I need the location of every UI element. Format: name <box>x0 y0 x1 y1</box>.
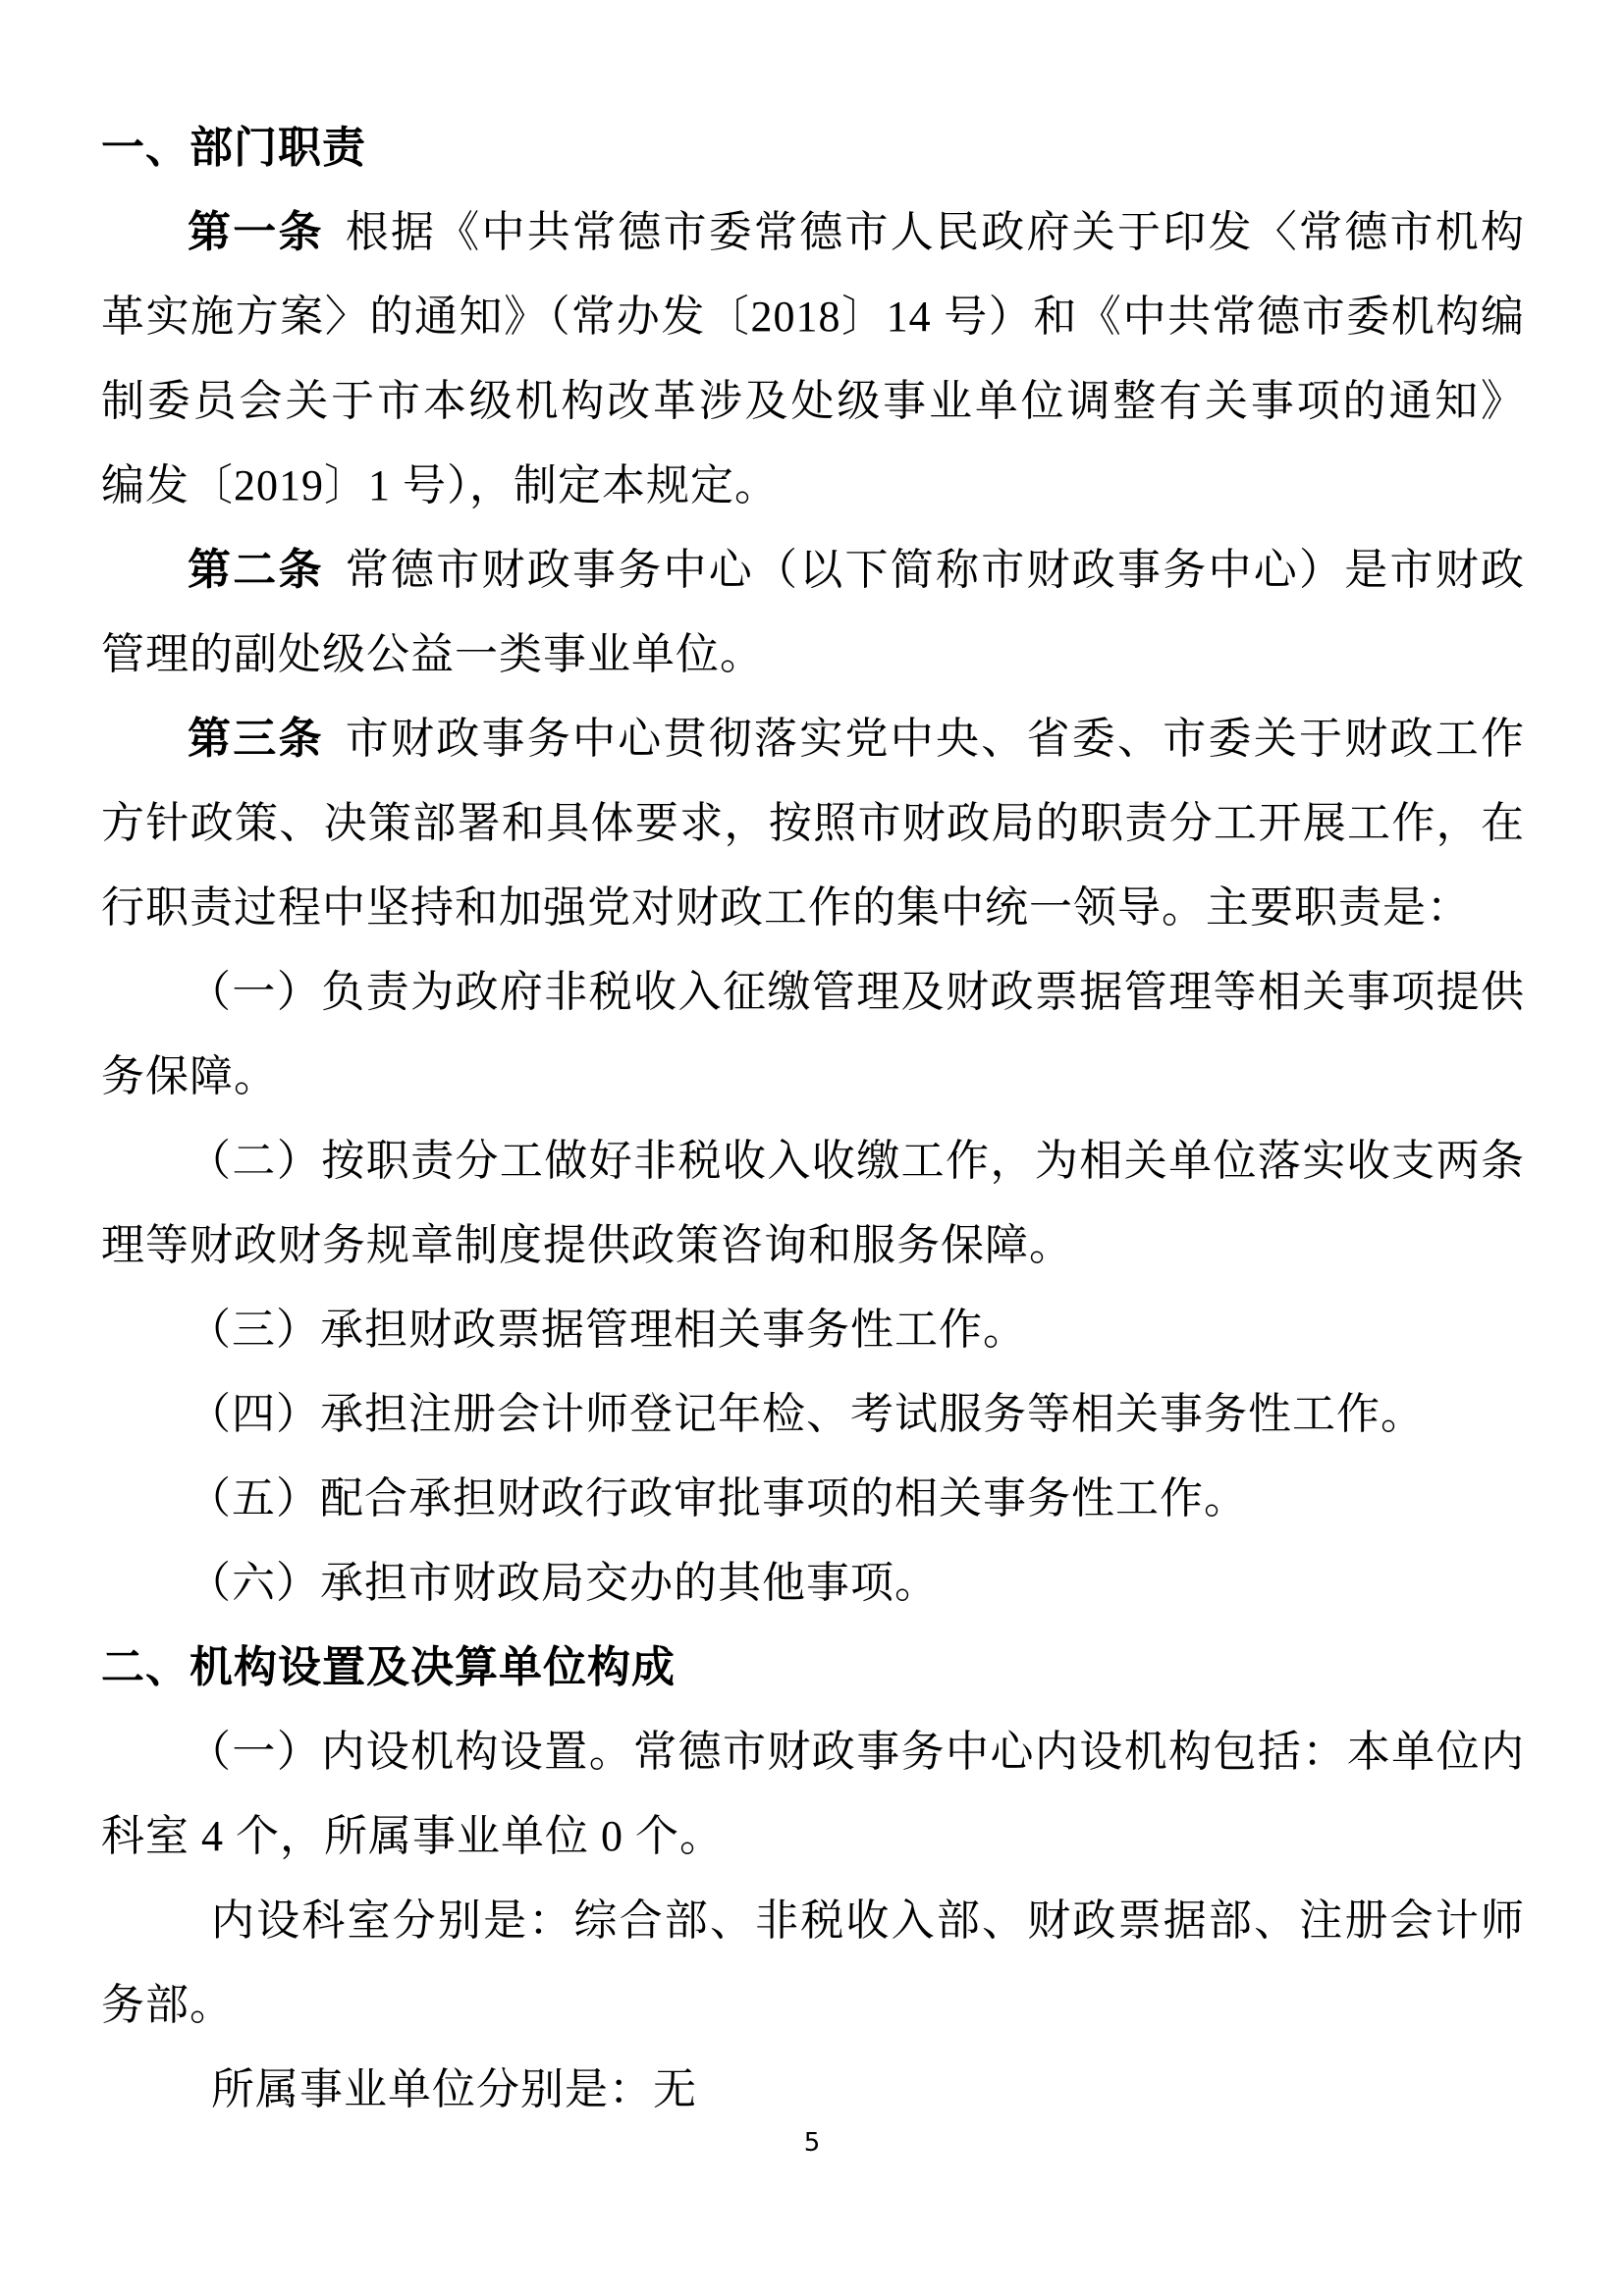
article-1-line-3: 制委员会关于市本级机构改革涉及处级事业单位调整有关事项的通知》（常 <box>101 359 1525 444</box>
section-2-heading: 二、机构设置及决算单位构成 <box>101 1626 1525 1710</box>
org-setup-line-1: （一）内设机构设置。常德市财政事务中心内设机构包括：本单位内设 <box>101 1710 1525 1794</box>
article-1-text: 根据《中共常德市委常德市人民政府关于印发〈常德市机构改 <box>188 208 1525 275</box>
duty-3-line: （三）承担财政票据管理相关事务性工作。 <box>101 1288 1525 1372</box>
article-2-line-2: 管理的副处级公益一类事业单位。 <box>101 613 1525 697</box>
article-1-label: 第一条 <box>188 208 324 256</box>
duty-6-line: （六）承担市财政局交办的其他事项。 <box>101 1541 1525 1626</box>
duty-5-line: （五）配合承担财政行政审批事项的相关事务性工作。 <box>101 1457 1525 1541</box>
document-body: 一、部门职责 第一条根据《中共常德市委常德市人民政府关于印发〈常德市机构改 革实… <box>101 106 1525 2132</box>
duty-2-line-2: 理等财政财务规章制度提供政策咨询和服务保障。 <box>101 1203 1525 1288</box>
document-page: 一、部门职责 第一条根据《中共常德市委常德市人民政府关于印发〈常德市机构改 革实… <box>0 0 1624 2296</box>
article-1-line-4: 编发〔2019〕1 号），制定本规定。 <box>101 444 1525 528</box>
article-1-line-1: 第一条根据《中共常德市委常德市人民政府关于印发〈常德市机构改 <box>101 190 1525 275</box>
article-3-text: 市财政事务中心贯彻落实党中央、省委、市委关于财政工作的 <box>188 715 1525 781</box>
article-2-text: 常德市财政事务中心（以下简称市财政事务中心）是市财政局 <box>188 546 1525 613</box>
duty-2-line-1: （二）按职责分工做好非税收入收缴工作，为相关单位落实收支两条线管 <box>101 1119 1525 1203</box>
duty-4-line: （四）承担注册会计师登记年检、考试服务等相关事务性工作。 <box>101 1372 1525 1457</box>
internal-depts-line-1: 内设科室分别是：综合部、非税收入部、财政票据部、注册会计师服 <box>101 1879 1525 1963</box>
org-setup-line-2: 科室 4 个，所属事业单位 0 个。 <box>101 1794 1525 1879</box>
article-3-line-3: 行职责过程中坚持和加强党对财政工作的集中统一领导。主要职责是： <box>101 866 1525 950</box>
article-2-label: 第二条 <box>188 546 324 594</box>
article-3-line-1: 第三条市财政事务中心贯彻落实党中央、省委、市委关于财政工作的 <box>101 697 1525 781</box>
duty-1-line-2: 务保障。 <box>101 1035 1525 1119</box>
article-3-line-2: 方针政策、决策部署和具体要求，按照市财政局的职责分工开展工作，在履 <box>101 781 1525 866</box>
article-2-line-1: 第二条常德市财政事务中心（以下简称市财政事务中心）是市财政局 <box>101 528 1525 613</box>
duty-1-line-1: （一）负责为政府非税收入征缴管理及财政票据管理等相关事项提供服 <box>101 950 1525 1035</box>
internal-depts-line-2: 务部。 <box>101 1963 1525 2048</box>
article-3-label: 第三条 <box>188 715 324 763</box>
section-1-heading: 一、部门职责 <box>101 106 1525 190</box>
subordinate-units-line: 所属事业单位分别是：无 <box>101 2048 1525 2132</box>
page-number: 5 <box>0 2128 1624 2158</box>
article-1-line-2: 革实施方案〉的通知》（常办发〔2018〕14 号）和《中共常德市委机构编 <box>101 275 1525 359</box>
